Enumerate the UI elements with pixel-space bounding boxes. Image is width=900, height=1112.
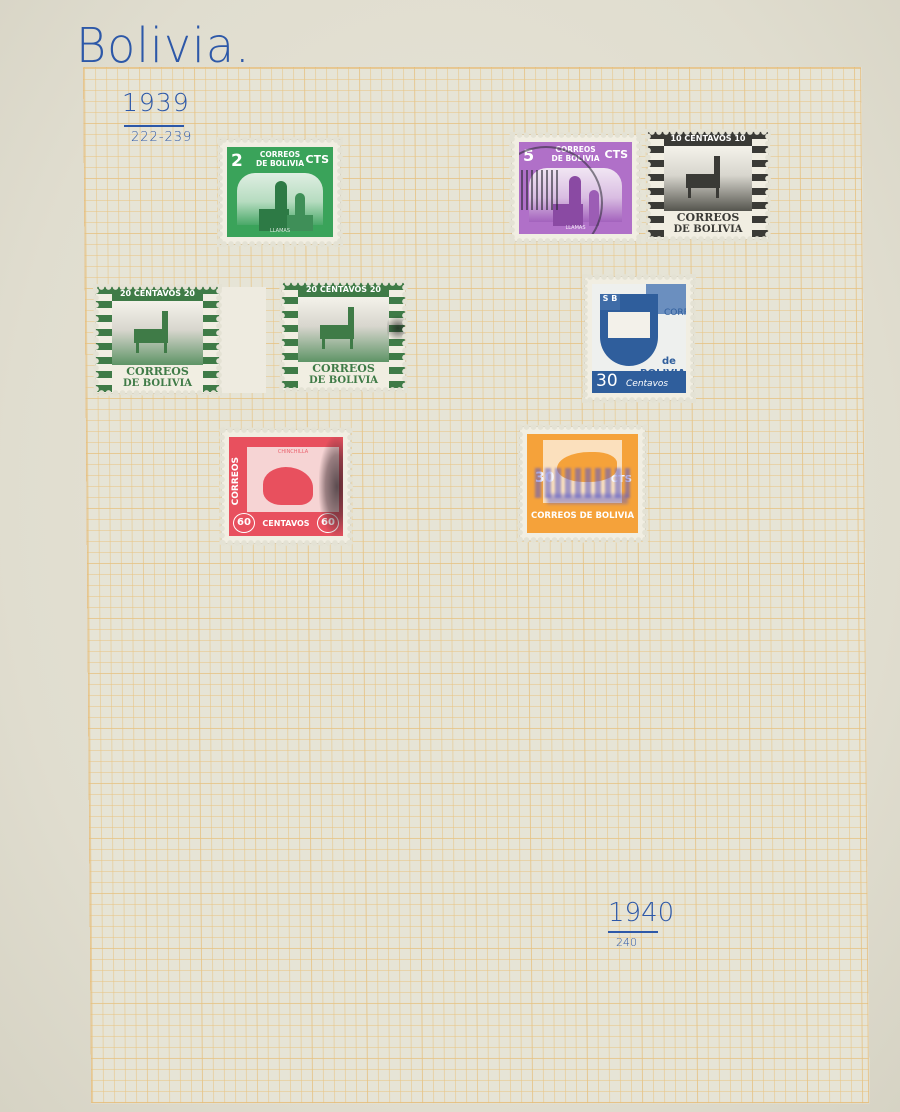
postmark-bars bbox=[521, 170, 561, 210]
denomination: 30 bbox=[596, 371, 618, 391]
stamp-30c-shield-blue[interactable]: S B CORREOS de BOLIVIA 30 Centavos bbox=[585, 277, 693, 400]
album-page: Bolivia. 1939 222-239 1940 240 2 CTS COR… bbox=[0, 0, 900, 1112]
denomination: 20 bbox=[120, 289, 131, 298]
monogram: S B bbox=[600, 294, 620, 310]
stamp-2c-llamas-green[interactable]: 2 CTS CORREOS DE BOLIVIA LLAMAS bbox=[220, 140, 340, 244]
header-line-2: DE BOLIVIA bbox=[227, 160, 333, 168]
unit: CENTAVOS bbox=[684, 134, 731, 143]
stamp-design: 5 CTS CORREOS DE BOLIVIA LLAMAS bbox=[519, 142, 632, 234]
catalog-range-1940: 240 bbox=[616, 936, 637, 949]
vicuna-scene bbox=[664, 146, 752, 211]
chinchilla-figure bbox=[263, 467, 313, 505]
stamp-20c-vicuna-green-gutter[interactable]: 20 CENTAVOS 20 CORREOS DE BOLIVIA bbox=[96, 287, 219, 393]
postmark-smudge bbox=[319, 437, 343, 536]
stamp-design: 10 CENTAVOS 10 CORREOS DE BOLIVIA bbox=[648, 132, 768, 239]
header-line-1: CORREOS bbox=[298, 363, 389, 374]
denomination-left: 60 bbox=[233, 513, 255, 533]
country-heading: Bolivia. bbox=[76, 17, 251, 74]
stamp-design: 20 CENTAVOS 20 CORREOS DE BOLIVIA bbox=[282, 283, 405, 390]
section-year-1940: 1940 bbox=[608, 898, 674, 928]
header-line-2: de bbox=[662, 356, 676, 367]
section-year-1939: 1939 bbox=[122, 88, 190, 117]
subject-caption: LLAMAS bbox=[227, 228, 333, 234]
header-line-1: CORREOS bbox=[112, 366, 203, 377]
underline-1940 bbox=[608, 931, 658, 933]
gutter-margin bbox=[219, 287, 266, 393]
stamp-design: 30 CTS CORREOS DE BOLIVIA bbox=[527, 434, 638, 533]
header-line-2: DE BOLIVIA bbox=[298, 376, 389, 386]
unit: CENTAVOS bbox=[134, 289, 181, 298]
header-line-1: CORREOS bbox=[227, 151, 333, 159]
catalog-range-1939: 222-239 bbox=[131, 130, 192, 145]
header-line-2: DE BOLIVIA bbox=[112, 379, 203, 389]
header-line-1: CORREOS bbox=[664, 308, 680, 318]
underline-1939 bbox=[124, 125, 184, 127]
stamp-60c-chinchilla-red[interactable]: CHINCHILLA CORREOS 60 CENTAVOS 60 bbox=[222, 430, 350, 543]
stamp-design: 20 CENTAVOS 20 CORREOS DE BOLIVIA bbox=[96, 287, 219, 393]
stamp-5c-llamas-violet[interactable]: 5 CTS CORREOS DE BOLIVIA LLAMAS bbox=[512, 135, 639, 241]
header-line-2: DE BOLIVIA bbox=[664, 225, 752, 235]
book-emblem bbox=[608, 312, 650, 338]
header-line-1: CORREOS bbox=[231, 457, 241, 505]
stamp-20c-vicuna-green[interactable]: 20 CENTAVOS 20 CORREOS DE BOLIVIA bbox=[282, 283, 405, 390]
header-line-1: CORREOS bbox=[664, 212, 752, 223]
vicuna-scene bbox=[298, 297, 389, 362]
vicuna-scene bbox=[112, 301, 203, 365]
stamp-design: CHINCHILLA CORREOS 60 CENTAVOS 60 bbox=[229, 437, 343, 536]
unit: CENTAVOS bbox=[259, 519, 313, 528]
stamp-design: 2 CTS CORREOS DE BOLIVIA LLAMAS bbox=[227, 147, 333, 237]
llama-scene bbox=[237, 173, 323, 225]
denomination: 20 bbox=[306, 285, 317, 294]
unit: Centavos bbox=[626, 379, 668, 389]
stamp-30c-toucan-orange[interactable]: 30 CTS CORREOS DE BOLIVIA bbox=[520, 427, 645, 540]
stamp-design: S B CORREOS de BOLIVIA 30 Centavos bbox=[592, 284, 686, 393]
stamp-10c-vicuna-black[interactable]: 10 CENTAVOS 10 CORREOS DE BOLIVIA bbox=[648, 132, 768, 239]
postmark-smudge bbox=[387, 313, 405, 343]
unit: CENTAVOS bbox=[320, 285, 367, 294]
header-line-1: CORREOS DE BOLIVIA bbox=[527, 511, 638, 521]
denomination: 10 bbox=[670, 134, 681, 143]
